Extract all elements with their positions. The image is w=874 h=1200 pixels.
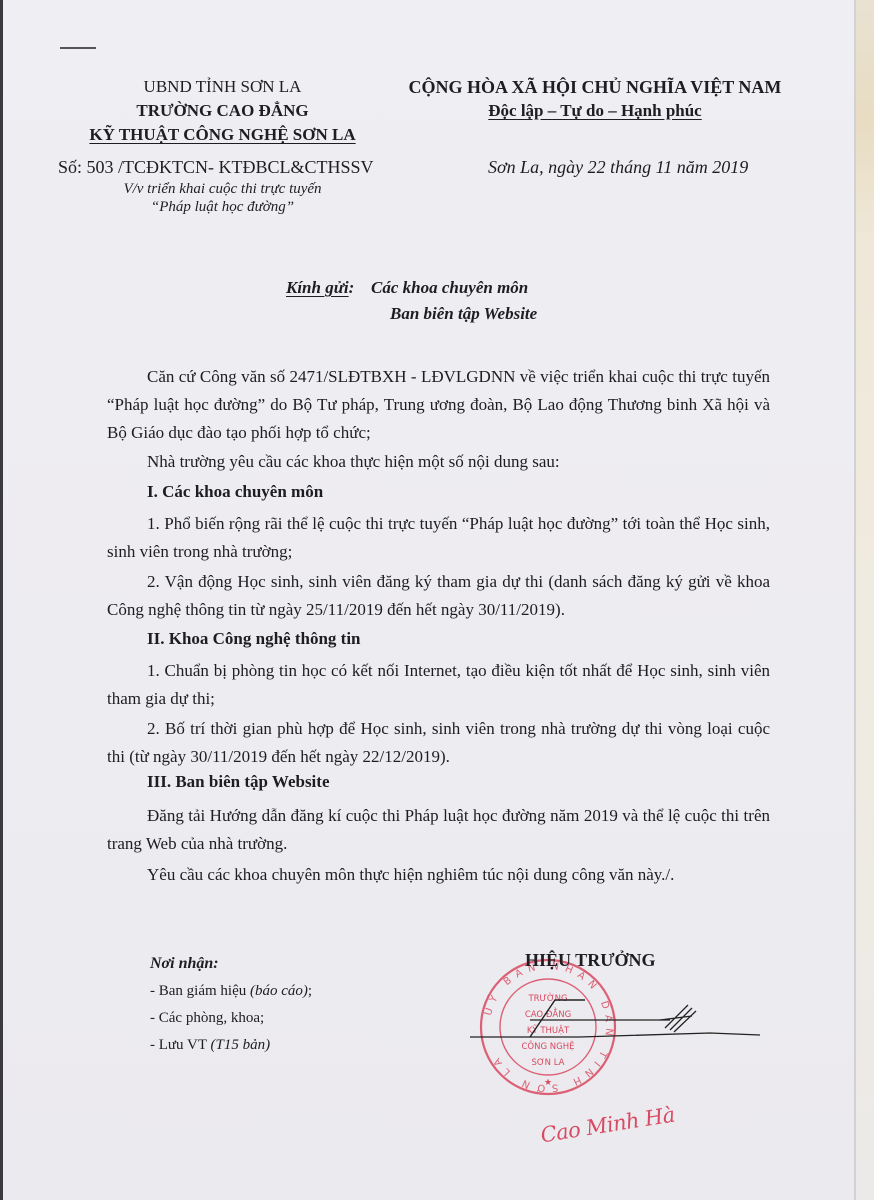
distribution-item: - Các phòng, khoa; xyxy=(150,1010,264,1027)
distribution-item-text: - Lưu VT xyxy=(150,1037,211,1053)
section-heading-3: III. Ban biên tập Website xyxy=(107,768,770,796)
motto: Độc lập – Tự do – Hạnh phúc xyxy=(400,101,790,121)
school-name-line2-text: KỸ THUẬT CÔNG NGHỆ SƠN LA xyxy=(89,125,355,144)
signatory-title: HIỆU TRƯỞNG xyxy=(525,950,656,971)
closing-paragraph: Yêu cầu các khoa chuyên môn thực hiện ng… xyxy=(107,861,770,889)
signature-scribble xyxy=(460,990,760,1060)
section2-item1: 1. Chuẩn bị phòng tin học có kết nối Int… xyxy=(107,657,770,713)
school-name-line2: KỸ THUẬT CÔNG NGHỆ SƠN LA xyxy=(75,125,370,145)
section3-item1: Đăng tải Hướng dẫn đăng kí cuộc thi Pháp… xyxy=(107,802,770,858)
request-paragraph: Nhà trường yêu cầu các khoa thực hiện mộ… xyxy=(107,448,770,476)
distribution-item-suffix: ; xyxy=(308,983,312,999)
scan-right-edge xyxy=(854,0,874,1200)
place-date: Sơn La, ngày 22 tháng 11 năm 2019 xyxy=(488,157,748,178)
distribution-item-text: - Ban giám hiệu xyxy=(150,983,250,999)
section-heading-2: II. Khoa Công nghệ thông tin xyxy=(107,625,770,653)
section1-item1: 1. Phổ biến rộng rãi thể lệ cuộc thi trự… xyxy=(107,510,770,566)
subject-line2: “Pháp luật học đường” xyxy=(75,199,370,216)
section-heading-1: I. Các khoa chuyên môn xyxy=(107,478,770,506)
recipient-line2: Ban biên tập Website xyxy=(390,304,537,324)
recipients-label: Kính gửi: xyxy=(286,278,354,298)
recipients-colon: : xyxy=(349,278,355,297)
distribution-item-note: (báo cáo) xyxy=(250,983,308,999)
nation-title: CỘNG HÒA XÃ HỘI CHỦ NGHĨA VIỆT NAM xyxy=(400,77,790,98)
recipients-label-text: Kính gửi xyxy=(286,278,349,297)
recipient-line1: Các khoa chuyên môn xyxy=(371,278,528,298)
intro-paragraph: Căn cứ Công văn số 2471/SLĐTBXH - LĐVLGD… xyxy=(107,363,770,447)
svg-text:★: ★ xyxy=(544,1077,552,1087)
top-mark xyxy=(60,47,96,49)
distribution-item-text: - Các phòng, khoa; xyxy=(150,1010,264,1026)
school-name-line1: TRƯỜNG CAO ĐẲNG xyxy=(75,101,370,121)
distribution-item: - Lưu VT (T15 bản) xyxy=(150,1037,270,1054)
section2-item2: 2. Bố trí thời gian phù hợp để Học sinh,… xyxy=(107,715,770,771)
distribution-item: - Ban giám hiệu (báo cáo); xyxy=(150,983,312,1000)
distribution-label: Nơi nhận: xyxy=(150,955,219,973)
document-number: Số: 503 /TCĐKTCN- KTĐBCL&CTHSSV xyxy=(58,157,374,178)
subject-line1: V/v triển khai cuộc thi trực tuyến xyxy=(75,181,370,198)
distribution-item-note: (T15 bản) xyxy=(211,1037,271,1053)
motto-text: Độc lập – Tự do – Hạnh phúc xyxy=(488,101,701,120)
section1-item2: 2. Vận động Học sinh, sinh viên đăng ký … xyxy=(107,568,770,624)
agency-name: UBND TỈNH SƠN LA xyxy=(75,77,370,97)
